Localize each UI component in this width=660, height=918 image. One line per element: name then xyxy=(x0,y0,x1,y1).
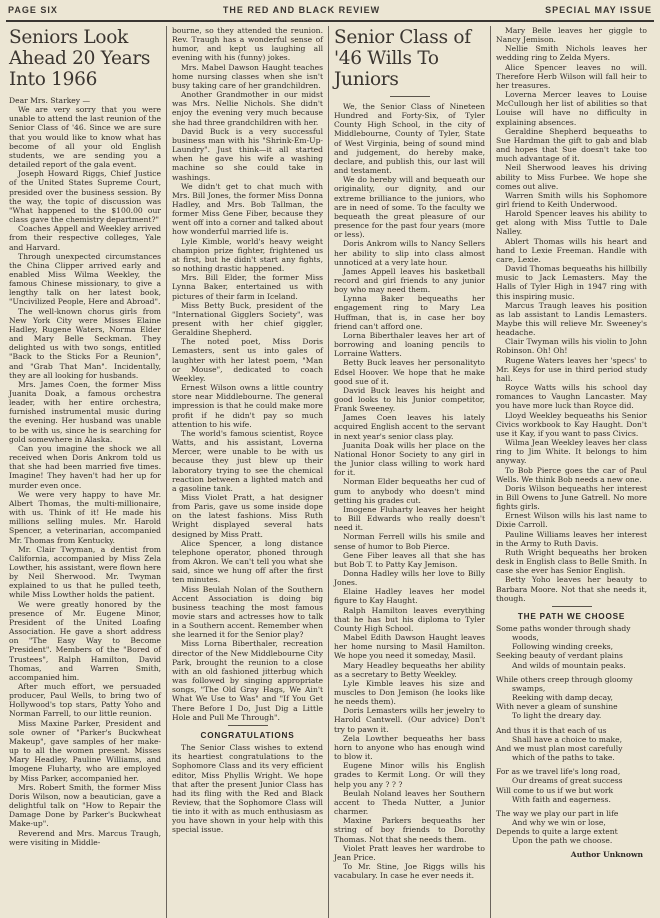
poem-line: Depends to quite a large extent xyxy=(496,827,647,836)
paragraph: Lorna Biberthaler leaves her art of borr… xyxy=(334,331,485,358)
paragraph: Can you imagine the shock we all receive… xyxy=(9,444,161,490)
paragraph: Ablert Thomas wills his heart and hand t… xyxy=(496,237,647,264)
paragraph: Donna Hadley wills her love to Billy Jon… xyxy=(334,569,485,587)
congratulations-text: The Senior Class wishes to extend its he… xyxy=(172,743,323,835)
paragraph: We were very happy to have Mr. Albert Th… xyxy=(9,490,161,545)
paragraph: Ruth Wright bequeaths her broken desk in… xyxy=(496,548,647,575)
poem-line: With never a gleam of sunshine xyxy=(496,702,647,711)
poem-line: Reeking with damp decay, xyxy=(496,693,647,702)
paragraph: To Mr. Stine, Joe Riggs wills his vacabu… xyxy=(334,862,485,880)
paragraph: The world's famous scientist, Royce Watt… xyxy=(172,429,323,493)
poem-line: And why we win or lose, xyxy=(496,818,647,827)
letter-greeting: Dear Mrs. Starkey — xyxy=(9,96,161,105)
page-number: PAGE SIX xyxy=(8,5,58,15)
paragraph: Geraldine Shepherd bequeaths to Sue Hard… xyxy=(496,127,647,164)
poem-line: Will come to us if we but work xyxy=(496,786,647,795)
paragraph: Pauline Williams leaves her interest in … xyxy=(496,530,647,548)
paragraph: James Coen leaves his lately acquired En… xyxy=(334,413,485,440)
poem-line: woods, xyxy=(496,633,647,642)
poem: Some paths wonder through shadywoods,Fol… xyxy=(496,624,647,845)
poem-line: To light the dreary day. xyxy=(496,711,647,720)
poem-line: And wilds of mountain peaks. xyxy=(496,661,647,670)
paragraph: Lyle Kimble leaves his size and muscles … xyxy=(334,679,485,706)
poem-line: which of the paths to take. xyxy=(496,753,647,762)
paragraph: Miss Violet Pratt, a hat designer from P… xyxy=(172,493,323,539)
paragraph: Ralph Hamilton leaves everything that he… xyxy=(334,606,485,633)
paragraph: Juanita Doak wills her place on the Nati… xyxy=(334,441,485,478)
poem-stanza: The way we play our part in lifeAnd why … xyxy=(496,809,647,846)
paragraph: David Thomas bequeaths his hillbilly mus… xyxy=(496,264,647,301)
poem-title: THE PATH WE CHOOSE xyxy=(496,612,647,621)
paragraph: Alice Spencer leaves no will. Therefore … xyxy=(496,63,647,90)
paragraph: Ernest Wilson wills his last name to Dix… xyxy=(496,511,647,529)
column-2: bourne, so they attended the reunion. Re… xyxy=(166,26,328,918)
paragraph: Loverna Mercer leaves to Louise McCullou… xyxy=(496,90,647,127)
paragraph: Harold Spencer leaves his ability to get… xyxy=(496,209,647,236)
headline-divider xyxy=(390,96,430,97)
paragraph: We were greatly honored by the presence … xyxy=(9,600,161,682)
poem-line: Our dreams of great success xyxy=(496,776,647,785)
column-4: Mary Belle leaves her giggle to Nancy Je… xyxy=(490,26,652,918)
poem-stanza: While others creep through gloomyswamps,… xyxy=(496,675,647,721)
paragraph: Norman Ferrell wills his smile and sense… xyxy=(334,532,485,550)
section-divider xyxy=(228,725,268,726)
poem-line: Shall have a choice to make, xyxy=(496,735,647,744)
paragraph: Through unexpected circumstances the Chi… xyxy=(9,252,161,307)
paragraph: Reverend and Mrs. Marcus Traugh, were vi… xyxy=(9,829,161,847)
poem-line: Upon the path we choose. xyxy=(496,836,647,845)
paragraph: James Appell leaves his basketball recor… xyxy=(334,267,485,294)
paragraph: Rugene Waters leaves her 'specs' to Mr. … xyxy=(496,356,647,383)
paragraph: Elaine Hadley leaves her model figure to… xyxy=(334,587,485,605)
paragraph: Mrs. Bill Elder, the former Miss Lynna B… xyxy=(172,273,323,300)
paragraph: Warren Smith wills his Sophomore girl fr… xyxy=(496,191,647,209)
poem-stanza: For as we travel life's long road,Our dr… xyxy=(496,767,647,804)
poem-line: While others creep through gloomy xyxy=(496,675,647,684)
paragraph: Betty Buck leaves her personalityto Edse… xyxy=(334,358,485,385)
paragraph: Another Grandmother in our midst was Mrs… xyxy=(172,90,323,127)
article-headline-seniors-look-ahead: Seniors Look Ahead 20 Years Into 1966 xyxy=(9,27,161,90)
poem-divider xyxy=(552,606,592,607)
paragraph: bourne, so they attended the reunion. Re… xyxy=(172,26,323,63)
paragraph: David Buck is a very successful business… xyxy=(172,127,323,182)
paragraph: Betty Yoho leaves her beauty to Barbara … xyxy=(496,575,647,602)
wills-body-part-2: Mary Belle leaves her giggle to Nancy Je… xyxy=(496,26,647,603)
poem-line: Following winding creeks, xyxy=(496,642,647,651)
paragraph: We, the Senior Class of Nineteen Hundred… xyxy=(334,102,485,175)
paragraph: After much effort, we persuaded producer… xyxy=(9,682,161,719)
paragraph: The noted poet, Miss Doris Lemasters, se… xyxy=(172,337,323,383)
column-3: Senior Class of '46 Wills To Juniors We,… xyxy=(328,26,490,918)
paragraph: Miss Lorna Biberthaler, recreation direc… xyxy=(172,639,323,721)
paragraph: Mrs. Mabel Dawson Haught teaches home nu… xyxy=(172,63,323,90)
paragraph: Lloyd Weekley bequeaths his Senior Civic… xyxy=(496,411,647,438)
poem-line: The way we play our part in life xyxy=(496,809,647,818)
poem-author: Author Unknown xyxy=(496,850,647,859)
paragraph: Miss Maxine Parker, President and sole o… xyxy=(9,719,161,783)
masthead: PAGE SIX THE RED AND BLACK REVIEW SPECIA… xyxy=(4,0,656,20)
paragraph: Eugene Minor wills his English grades to… xyxy=(334,761,485,788)
wills-body-part-1: We, the Senior Class of Nineteen Hundred… xyxy=(334,102,485,880)
poem-line: With faith and eagerness. xyxy=(496,795,647,804)
poem-stanza: Some paths wonder through shadywoods,Fol… xyxy=(496,624,647,670)
paragraph: Doris Lemasters wills her jewelry to Har… xyxy=(334,706,485,733)
paragraph: Beulah Noland leaves her Southern accent… xyxy=(334,789,485,816)
paragraph: Zela Lowther bequeaths her bass horn to … xyxy=(334,734,485,761)
paragraph: Doris Ankrom wills to Nancy Sellers her … xyxy=(334,239,485,266)
paragraph: Mr. Clair Twyman, a dentist from Califor… xyxy=(9,545,161,600)
paragraph: The well-known chorus girls from New Yor… xyxy=(9,307,161,380)
columns: Seniors Look Ahead 20 Years Into 1966 De… xyxy=(4,22,656,918)
paragraph: Mrs. James Coen, the former Miss Juanita… xyxy=(9,380,161,444)
paragraph: Wilma Jean Weekley leaves her class ring… xyxy=(496,438,647,465)
issue-label: SPECIAL MAY ISSUE xyxy=(545,5,652,15)
paragraph: Ernest Wilson owns a little country stor… xyxy=(172,383,323,429)
paragraph: Mrs. Robert Smith, the former Miss Doris… xyxy=(9,783,161,829)
newspaper-title: THE RED AND BLACK REVIEW xyxy=(223,5,380,15)
poem-line: swamps, xyxy=(496,684,647,693)
paragraph: Nellie Smith Nichols leaves her wedding … xyxy=(496,44,647,62)
newspaper-page: PAGE SIX THE RED AND BLACK REVIEW SPECIA… xyxy=(0,0,660,918)
poem-stanza: And thus it is that each of usShall have… xyxy=(496,726,647,763)
paragraph: Doris Wilson bequeaths her interest in B… xyxy=(496,484,647,511)
article-body-part-1: We are very sorry that you were unable t… xyxy=(9,105,161,847)
paragraph: Alice Spencer, a long distance telephone… xyxy=(172,539,323,585)
paragraph: To Bob Pierce goes the car of Paul Wells… xyxy=(496,466,647,484)
paragraph: We are very sorry that you were unable t… xyxy=(9,105,161,169)
paragraph: Gene Fiber leaves all that she has but B… xyxy=(334,551,485,569)
article-headline-senior-wills: Senior Class of '46 Wills To Juniors xyxy=(334,27,485,90)
article-body-part-2: bourne, so they attended the reunion. Re… xyxy=(172,26,323,722)
paragraph: Violet Pratt leaves her wardrobe to Jean… xyxy=(334,844,485,862)
poem-line: Seeking beauty of verdant plains xyxy=(496,651,647,660)
congratulations-title: CONGRATULATIONS xyxy=(172,731,323,740)
poem-line: Some paths wonder through shady xyxy=(496,624,647,633)
paragraph: Miss Betty Buck, president of the "Inter… xyxy=(172,301,323,338)
paragraph: Imogene Fluharty leaves her height to Bi… xyxy=(334,505,485,532)
paragraph: Mary Belle leaves her giggle to Nancy Je… xyxy=(496,26,647,44)
paragraph: Mary Headley bequeaths her ability as a … xyxy=(334,661,485,679)
paragraph: Norman Elder bequeaths her cud of gum to… xyxy=(334,477,485,504)
paragraph: Neil Sherwood leaves his driving ability… xyxy=(496,163,647,190)
poem-line: And we must plan most carefully xyxy=(496,744,647,753)
paragraph: Mabel Edith Dawson Haught leaves her hom… xyxy=(334,633,485,660)
paragraph: David Buck leaves his height and good lo… xyxy=(334,386,485,413)
column-1: Seniors Look Ahead 20 Years Into 1966 De… xyxy=(4,26,166,918)
paragraph: Royce Watts wills his school day romance… xyxy=(496,383,647,410)
paragraph: Miss Beulah Nolan of the Southern Accent… xyxy=(172,585,323,640)
poem-line: And thus it is that each of us xyxy=(496,726,647,735)
paragraph: Lyle Kimble, world's heavy weight champi… xyxy=(172,237,323,274)
paragraph: Joseph Howard Riggs, Chief Justice of th… xyxy=(9,169,161,224)
poem-line: For as we travel life's long road, xyxy=(496,767,647,776)
paragraph: Marcus Traugh leaves his position as lab… xyxy=(496,301,647,338)
paragraph: We do hereby will and bequeath our origi… xyxy=(334,175,485,239)
paragraph: We didn't get to chat much with Mrs. Bil… xyxy=(172,182,323,237)
paragraph: Maxine Parkers bequeaths her string of b… xyxy=(334,816,485,843)
paragraph: Coaches Appell and Weekley arrived from … xyxy=(9,224,161,251)
paragraph: Lynna Baker bequeaths her engagement rin… xyxy=(334,294,485,331)
paragraph: Clair Twyman wills his violin to John Ro… xyxy=(496,337,647,355)
